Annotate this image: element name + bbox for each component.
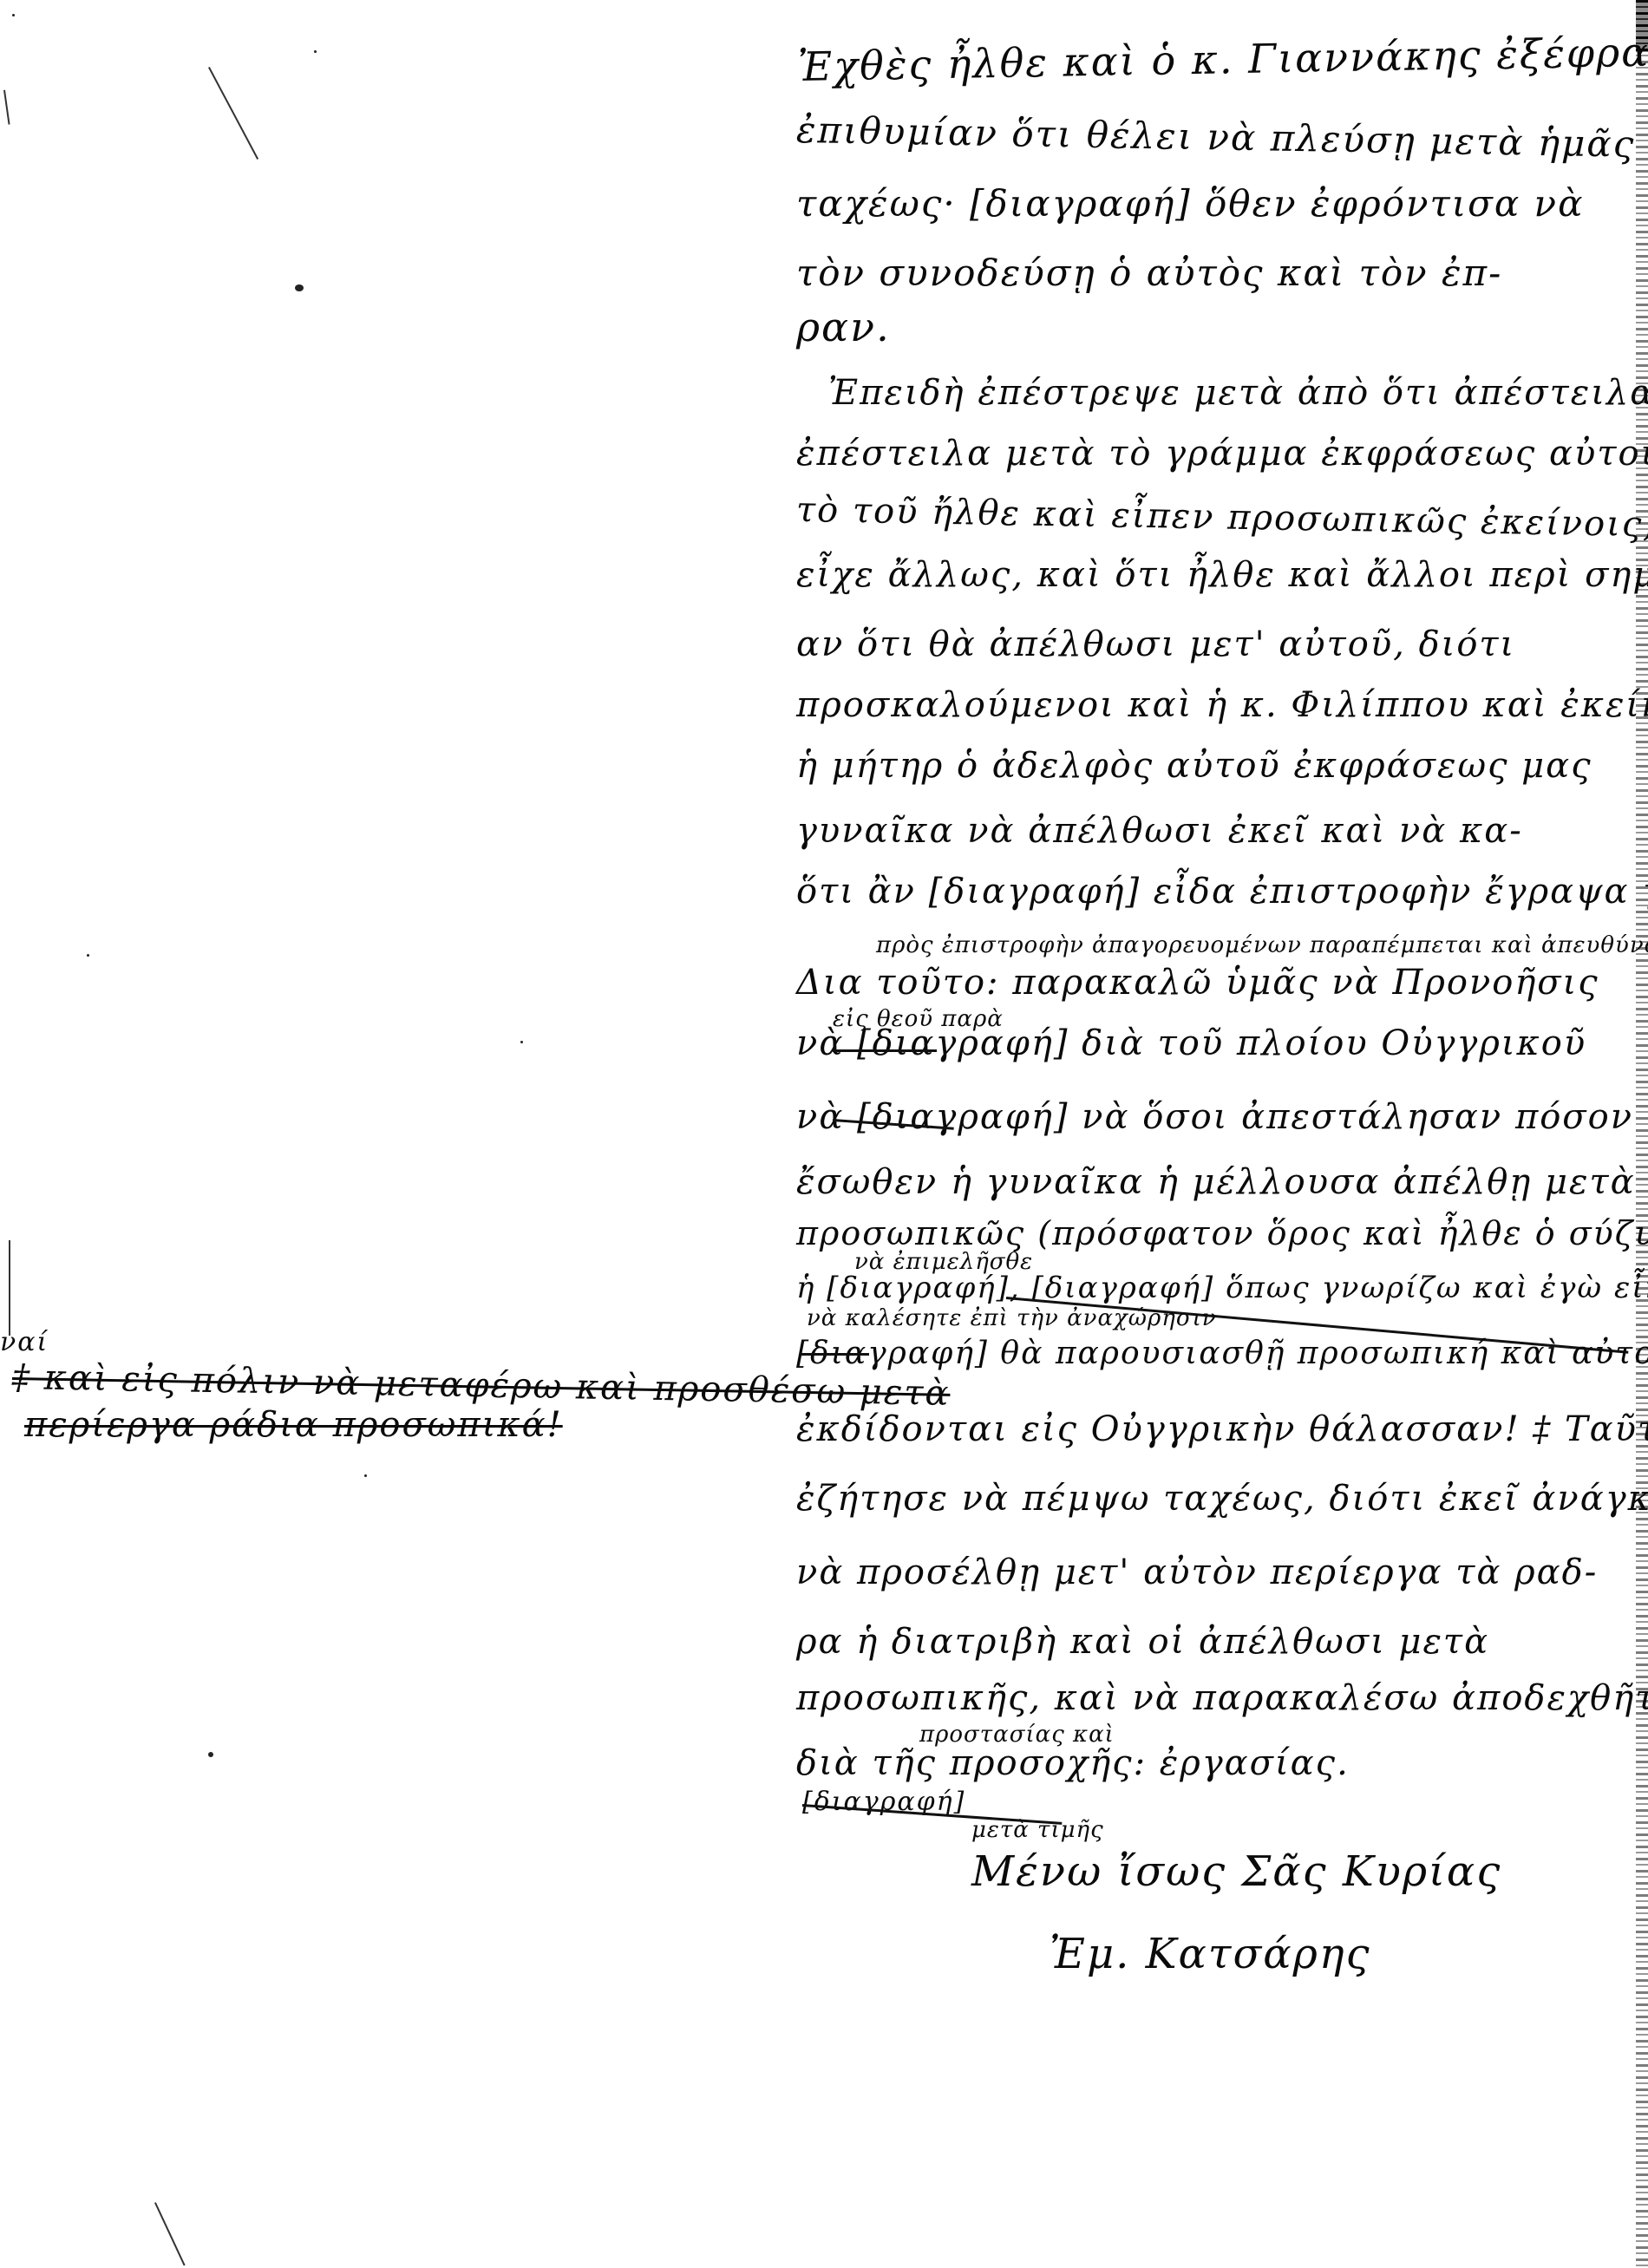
text-line: ἐζήτησε νὰ πέμψω ταχέως, διότι ἐκεῖ ἀνάγ… [796,1479,1648,1519]
text-line: [διαγραφή] θὰ παρουσιασθῇ προσωπική καὶ … [796,1336,1648,1371]
text-line: ἡ μήτηρ ὁ ἀδελφὸς αὐτοῦ ἐκφράσεως μας [796,746,1592,786]
text-line: προσκαλούμενοι καὶ ἡ κ. Φιλίππου καὶ ἐκε… [796,685,1648,725]
interlinear-insertion: μετὰ τιμῆς [971,1817,1104,1843]
text-line: Δια τοῦτο: παρακαλῶ ὑμᾶς νὰ Προνοῆσις [796,963,1599,1003]
text-line: ὅτι ἂν [διαγραφή] εἶδα ἐπιστροφὴν ἔγραψα… [796,872,1648,912]
margin-rule [9,1240,10,1336]
ink-blot [295,284,304,291]
text-line: προσωπικῆς, καὶ νὰ παρακαλέσω ἀποδεχθῆτε [796,1678,1648,1718]
signature-name: Ἐμ. Κατσάρης [1050,1930,1371,1978]
text-line: τὸ τοῦ ἤλθε καὶ εἶπεν προσωπικῶς ἐκείνοι… [796,490,1648,545]
strikethrough [800,1353,869,1356]
margin-fragment: ναί [0,1327,49,1357]
text-line: ἐκδίδονται εἰς Οὐγγρικὴν θάλασσαν! ‡ Ταῦ… [796,1409,1648,1449]
speck [520,1041,523,1043]
speck [314,50,317,53]
text-line: ἐπιθυμίαν ὅτι θέλει νὰ πλεύσῃ μετὰ ἡμᾶς [796,108,1636,166]
text-line: ἐπέστειλα μετὰ τὸ γράμμα ἐκφράσεως αὐτοῦ… [796,434,1648,474]
text-line: αν ὅτι θὰ ἀπέλθωσι μετ' αὐτοῦ, διότι [796,624,1515,664]
interlinear-insertion: νὰ καλέσητε ἐπὶ τὴν ἀναχώρησιν [807,1305,1217,1331]
scan-scratch [208,67,258,160]
scan-scratch [154,2202,186,2265]
text-line: προσωπικῶς (πρόσφατον ὅρος καὶ ἦλθε ὁ σύ… [796,1214,1648,1252]
speck [87,954,89,957]
page-edge-shadow [1636,0,1648,2268]
text-line: ἔσωθεν ἡ γυναῖκα ἡ μέλλουσα ἀπέλθῃ μετὰ [796,1162,1636,1202]
text-line: νὰ προσέλθῃ μετ' αὐτὸν περίεργα τὰ ραδ- [796,1552,1598,1592]
text-line: ἡ [διαγραφή], [διαγραφή] ὅπως γνωρίζω κα… [796,1271,1648,1305]
text-line: τὸν συνοδεύσῃ ὁ αὐτὸς καὶ τὸν ἐπ- [796,252,1502,294]
speck [208,1752,213,1757]
text-line: διὰ τῆς προσοχῆς: ἐργασίας. [796,1743,1350,1783]
text-line: ραν. [796,304,891,350]
text-line: Ἐχθὲς ἦλθε καὶ ὁ κ. Γιαννάκης ἐξέφρασε τ… [798,26,1648,90]
strikethrough [833,1049,937,1052]
text-line: ταχέως· [διαγραφή] ὅθεν ἐφρόντισα νὰ [796,182,1584,225]
text-line: νὰ [διαγραφή] νὰ ὅσοι ἀπεστάλησαν πόσον [796,1097,1633,1137]
signature-closing: Μένω ἴσως Σᾶς Κυρίας [971,1847,1501,1896]
speck [364,1474,367,1477]
scan-scratch [3,90,10,125]
speck [12,14,15,16]
margin-note-line: περίεργα ράδια προσωπικά! [24,1405,563,1445]
text-line: γυναῖκα νὰ ἀπέλθωσι ἐκεῖ καὶ νὰ κα- [796,811,1523,851]
manuscript-page: Ἐχθὲς ἦλθε καὶ ὁ κ. Γιαννάκης ἐξέφρασε τ… [0,0,1648,2268]
text-line: νὰ [διαγραφή] διὰ τοῦ πλοίου Οὐγγρικοῦ [796,1023,1586,1063]
text-line: εἶχε ἄλλως, καὶ ὅτι ἦλθε καὶ ἄλλοι περὶ … [796,555,1648,595]
text-line: ρα ἡ διατριβὴ καὶ οἱ ἀπέλθωσι μετὰ [796,1622,1489,1662]
text-line: [διαγραφή] [802,1787,965,1817]
text-line: Ἐπειδὴ ἐπέστρεψε μετὰ ἀπὸ ὅτι ἀπέστειλα [828,373,1648,413]
interlinear-insertion: πρὸς ἐπιστροφὴν ἀπαγορευομένων παραπέμπε… [876,932,1648,958]
